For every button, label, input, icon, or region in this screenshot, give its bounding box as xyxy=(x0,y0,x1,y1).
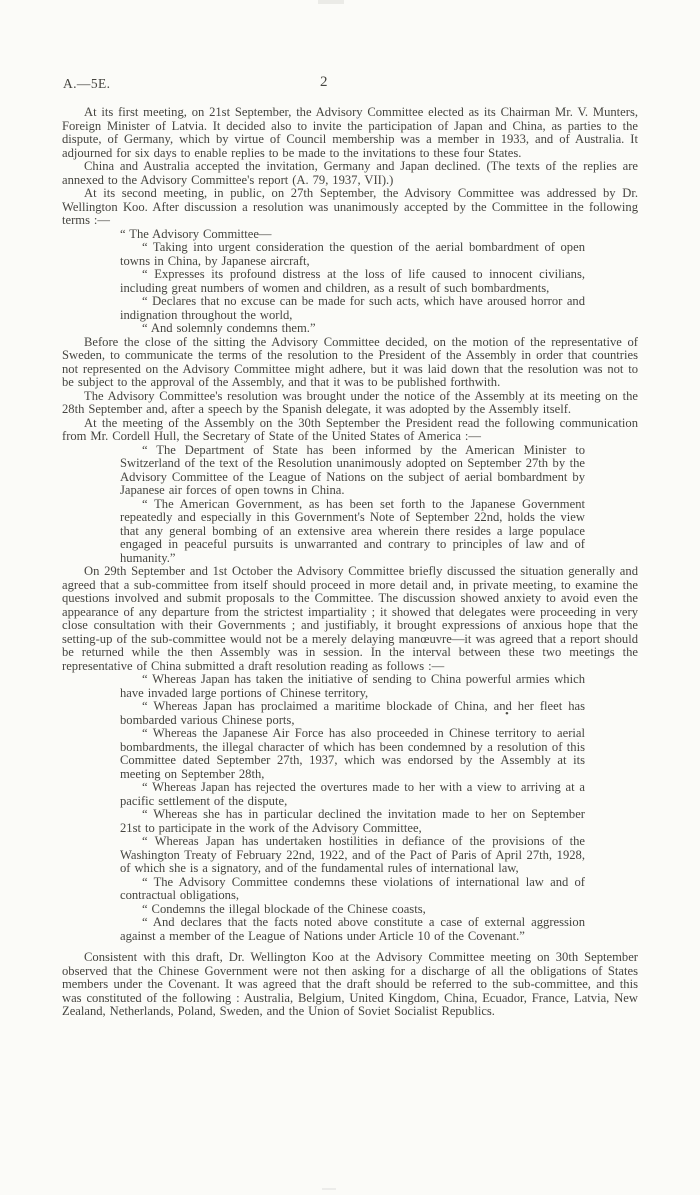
paragraph: “ Condemns the illegal blockade of the C… xyxy=(120,903,585,917)
paragraph: The Advisory Committee's resolution was … xyxy=(62,390,638,417)
paragraph: Before the close of the sitting the Advi… xyxy=(62,336,638,390)
paragraph: “ Whereas Japan has undertaken hostiliti… xyxy=(120,835,585,876)
paragraph: “ Declares that no excuse can be made fo… xyxy=(120,295,585,322)
paragraph: “ And solemnly condemns them.” xyxy=(120,322,585,336)
paragraph: “ Taking into urgent consideration the q… xyxy=(120,241,585,268)
page-header: A.—5E. 2 xyxy=(62,74,638,92)
document-page: A.—5E. 2 At its first meeting, on 21st S… xyxy=(0,0,700,1195)
scan-artifact-top xyxy=(318,0,344,4)
paragraph: At its first meeting, on 21st September,… xyxy=(62,106,638,160)
paragraph: “ Expresses its profound distress at the… xyxy=(120,268,585,295)
stray-ink-dot: • xyxy=(505,708,509,720)
document-reference: A.—5E. xyxy=(63,76,110,92)
paragraph: “ Whereas Japan has rejected the overtur… xyxy=(120,781,585,808)
paragraph: “ The Department of State has been infor… xyxy=(120,444,585,498)
paragraph: “ Whereas Japan has taken the initiative… xyxy=(120,673,585,700)
paragraph: “ Whereas Japan has proclaimed a maritim… xyxy=(120,700,585,727)
paragraph: On 29th September and 1st October the Ad… xyxy=(62,565,638,673)
paragraph: At its second meeting, in public, on 27t… xyxy=(62,187,638,228)
document-body: At its first meeting, on 21st September,… xyxy=(62,106,638,1019)
page-number: 2 xyxy=(320,74,328,91)
paragraph: “ The American Government, as has been s… xyxy=(120,498,585,566)
paragraph: “ The Advisory Committee— xyxy=(120,228,585,242)
paragraph: Consistent with this draft, Dr. Wellingt… xyxy=(62,951,638,1019)
paragraph: “ Whereas she has in particular declined… xyxy=(120,808,585,835)
paragraph: “ And declares that the facts noted abov… xyxy=(120,916,585,943)
paragraph: “ The Advisory Committee condemns these … xyxy=(120,876,585,903)
scan-artifact-bottom xyxy=(322,1188,336,1190)
paragraph: China and Australia accepted the invitat… xyxy=(62,160,638,187)
paragraph: At the meeting of the Assembly on the 30… xyxy=(62,417,638,444)
paragraph: “ Whereas the Japanese Air Force has als… xyxy=(120,727,585,781)
